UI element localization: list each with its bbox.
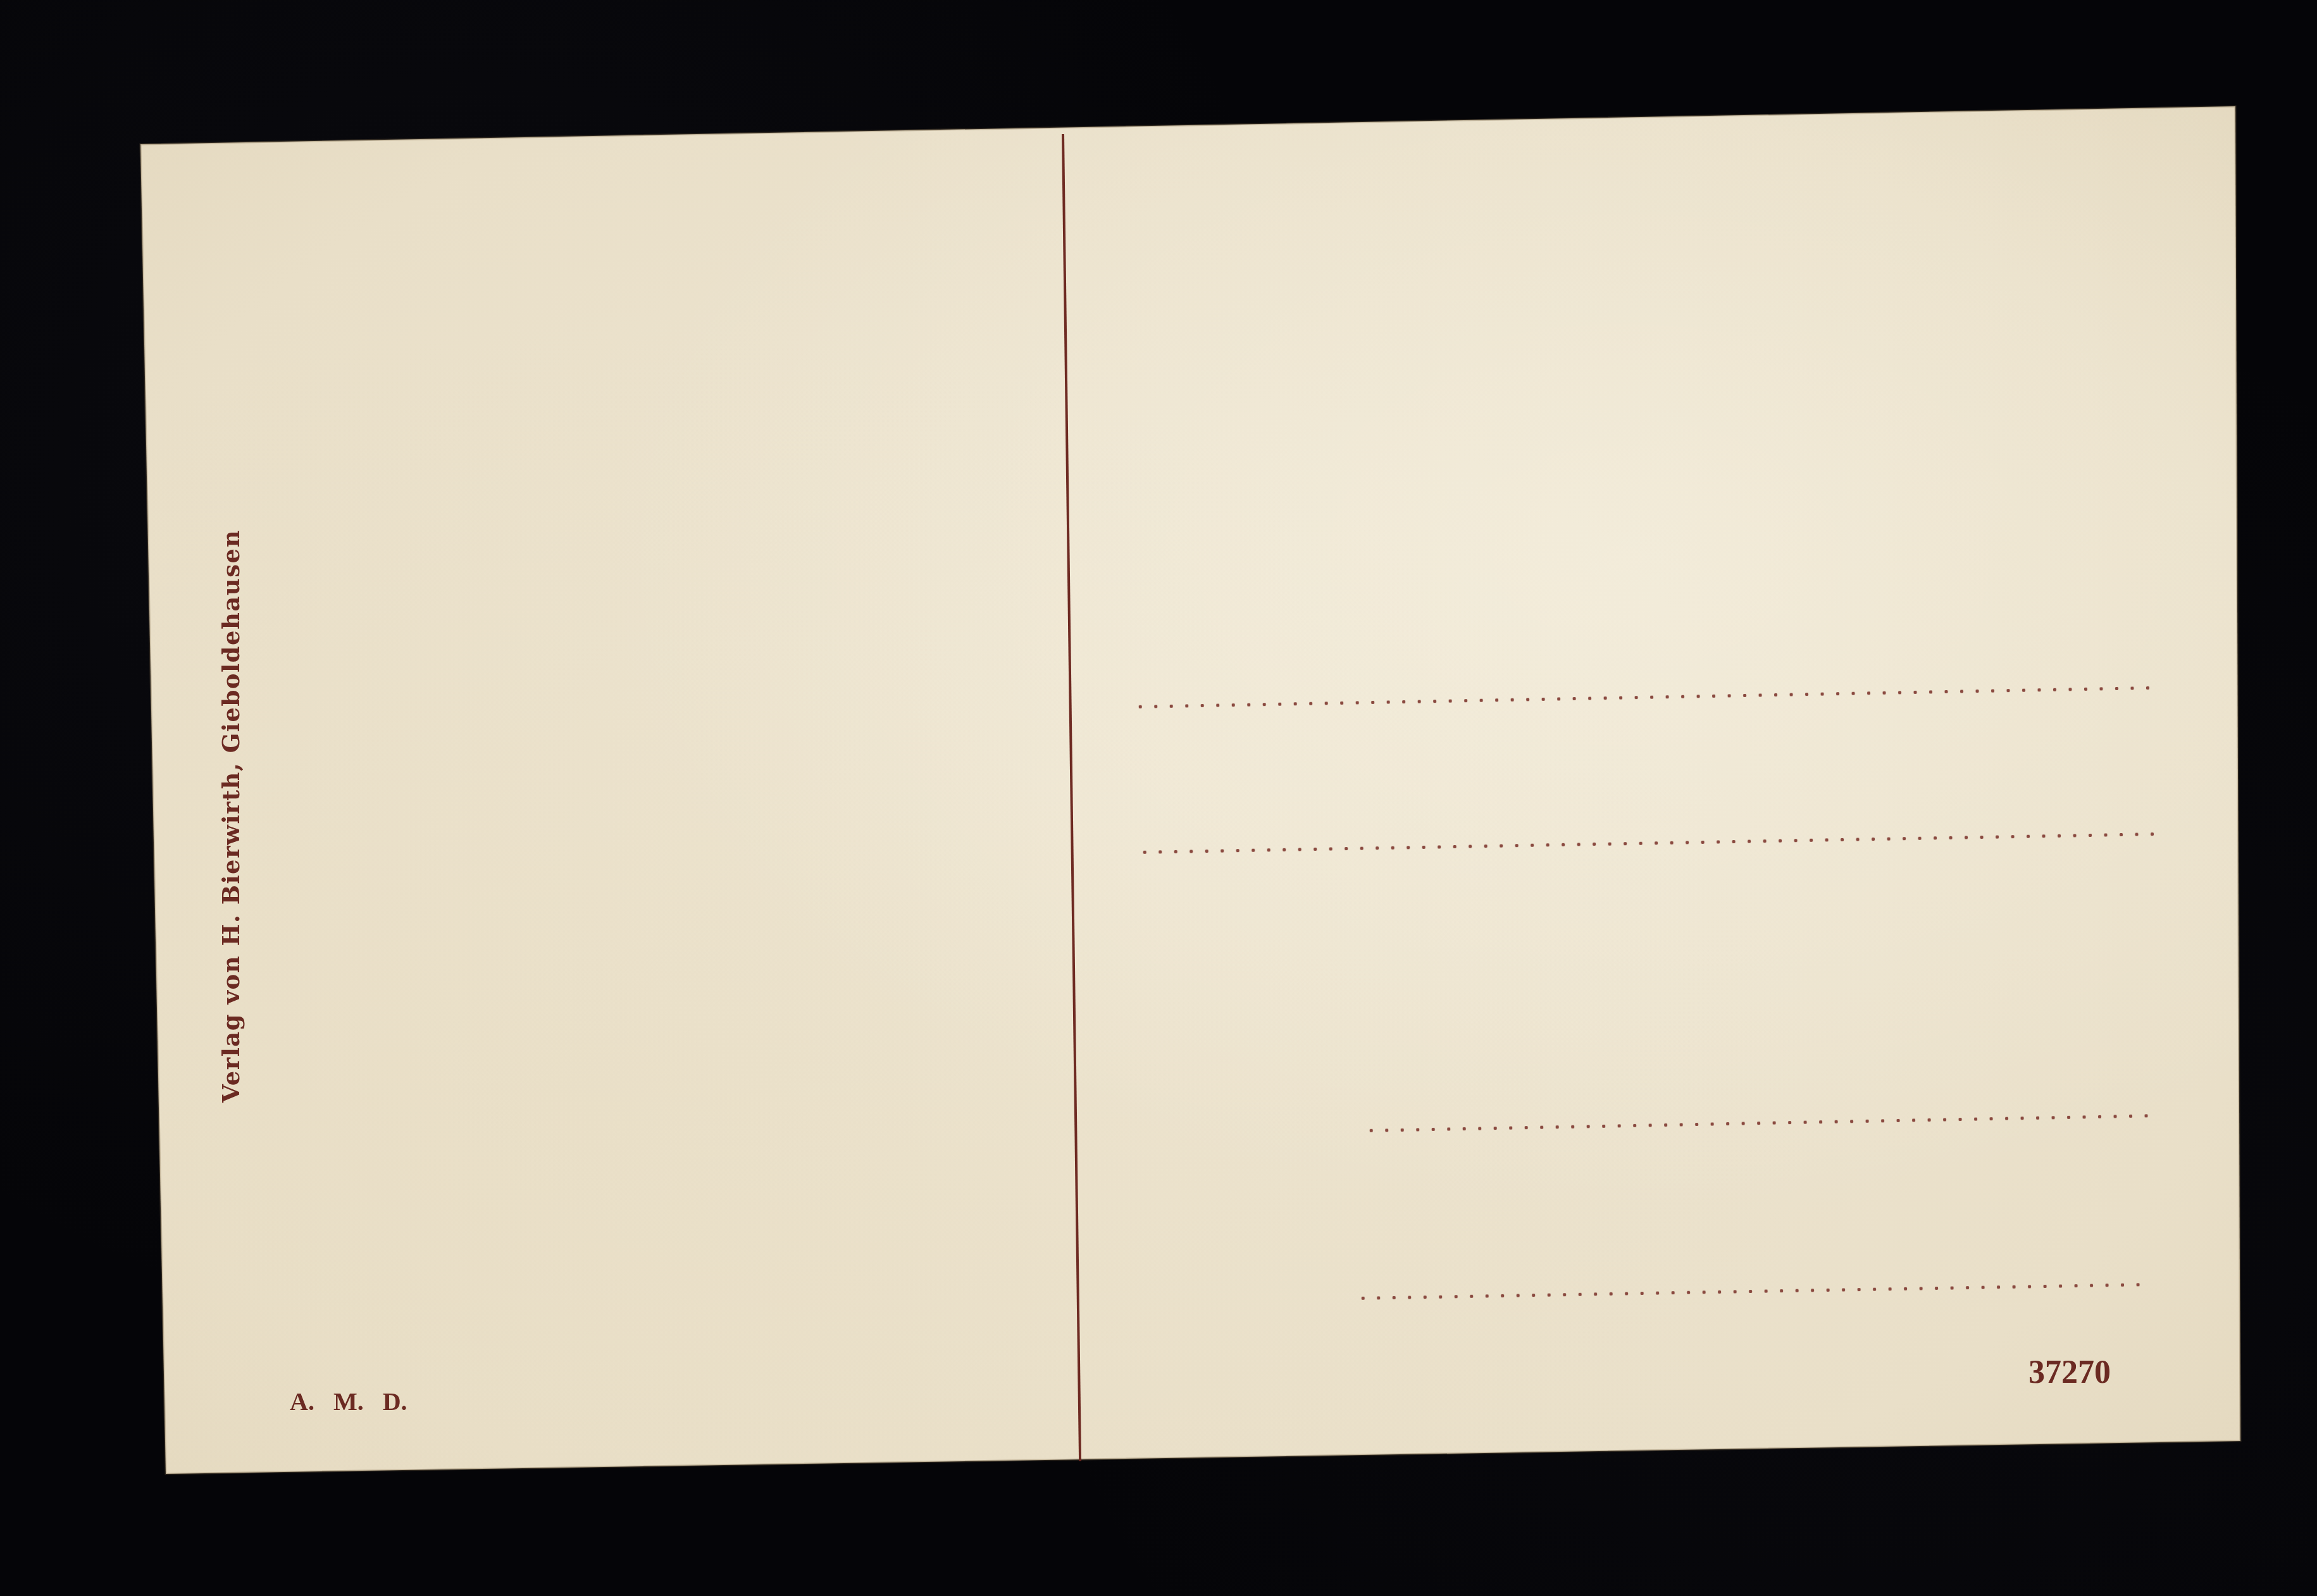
maker-mark: A. M. D.	[290, 1387, 407, 1416]
postcard	[0, 0, 2317, 1596]
publisher-imprint: Verlag von H. Bierwirth, Gieboldehausen	[217, 529, 245, 1103]
serial-number: 37270	[2028, 1354, 2111, 1391]
